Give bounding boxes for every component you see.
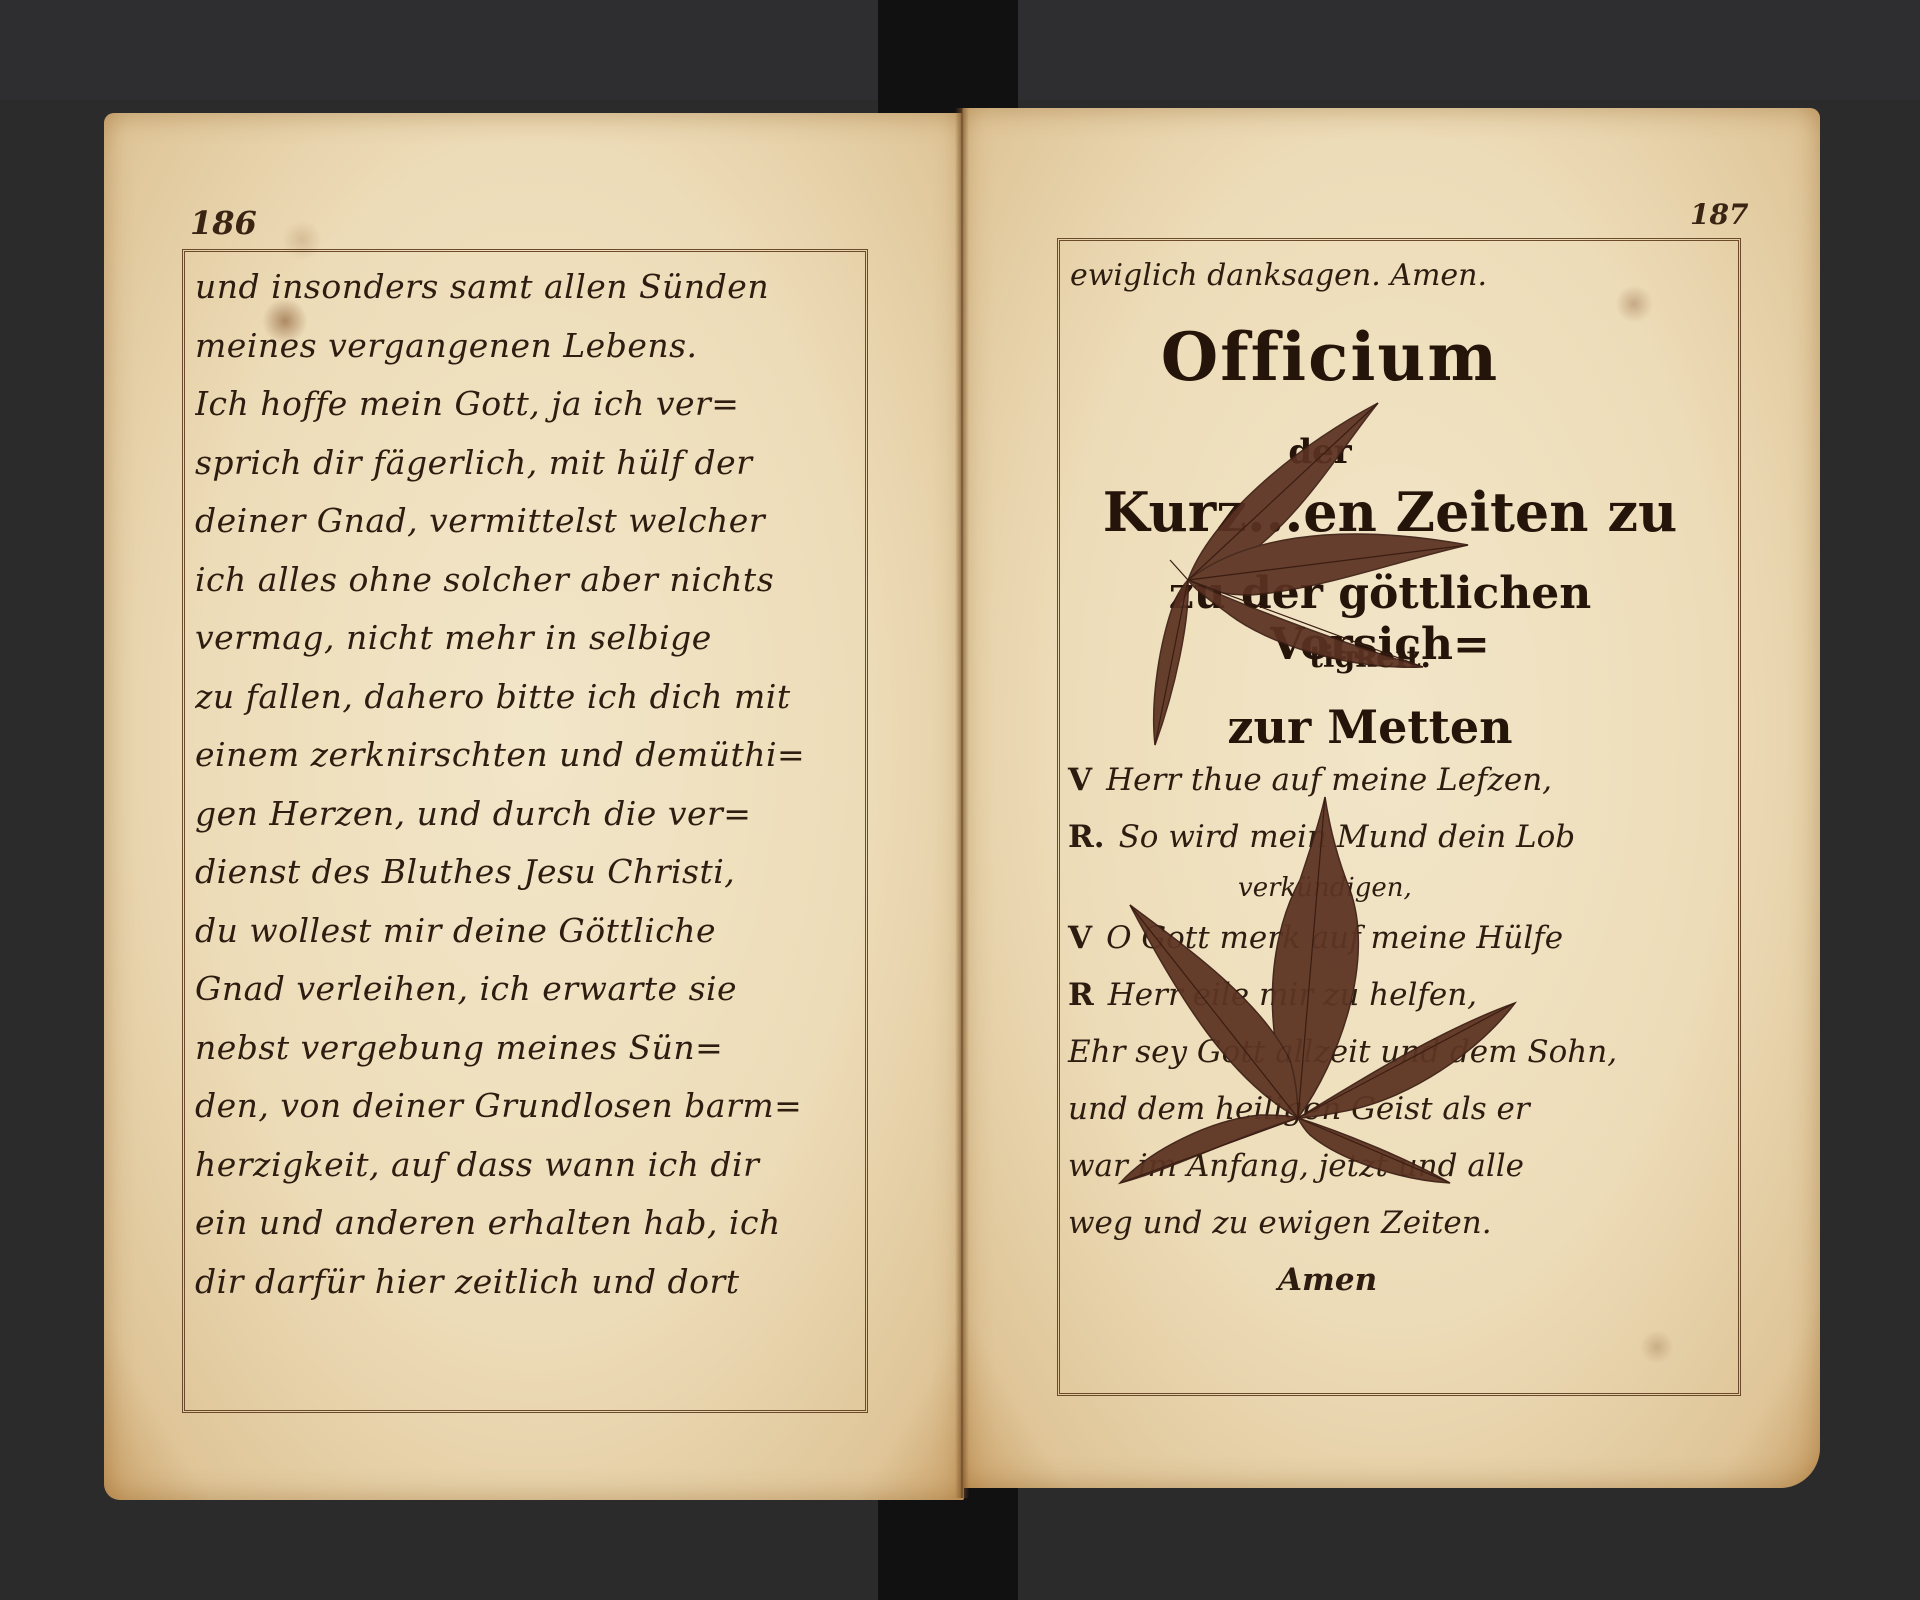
response-mark: R [1068, 977, 1094, 1013]
text-line: zu fallen, dahero bitte ich dich mit [195, 668, 855, 727]
text-line: herzigkeit, auf dass wann ich dir [195, 1136, 855, 1195]
text-line: nebst vergebung meines Sün= [195, 1019, 855, 1078]
text-line: gen Herzen, und durch die ver= [195, 785, 855, 844]
doxology-line: weg und zu ewigen Zeiten. [1068, 1195, 1728, 1252]
text-line: den, von deiner Grundlosen barm= [195, 1077, 855, 1136]
text-line: meines vergangenen Lebens. [195, 317, 855, 376]
text-line: Gnad verleihen, ich erwarte sie [195, 960, 855, 1019]
page-number-right: 187 [1690, 198, 1748, 231]
versicle-mark: V [1068, 762, 1092, 798]
pressed-leaf-lower-icon [1100, 780, 1540, 1200]
book-gutter [955, 108, 969, 1498]
text-line: du wollest mir deine Göttliche [195, 902, 855, 961]
versicle-mark: V [1068, 920, 1092, 956]
pressed-leaf-upper-icon [1130, 390, 1550, 770]
closing-amen: Amen [1068, 1252, 1728, 1309]
continuation-line: ewiglich danksagen. Amen. [1070, 258, 1720, 293]
text-line: deiner Gnad, vermittelst welcher [195, 492, 855, 551]
text-line: dienst des Bluthes Jesu Christi, [195, 843, 855, 902]
text-line: dir darfür hier zeitlich und dort [195, 1253, 855, 1312]
text-line: vermag, nicht mehr in selbige [195, 609, 855, 668]
text-line: sprich dir fägerlich, mit hülf der [195, 434, 855, 493]
left-page-text: und insonders samt allen Sünden meines v… [195, 258, 855, 1311]
title-officium: Officium [1120, 318, 1540, 396]
text-line: und insonders samt allen Sünden [195, 258, 855, 317]
text-line: ein und anderen erhalten hab, ich [195, 1194, 855, 1253]
page-number-left: 186 [190, 204, 257, 242]
text-line: Ich hoffe mein Gott, ja ich ver= [195, 375, 855, 434]
text-line: einem zerknirschten und demüthi= [195, 726, 855, 785]
text-line: ich alles ohne solcher aber nichts [195, 551, 855, 610]
